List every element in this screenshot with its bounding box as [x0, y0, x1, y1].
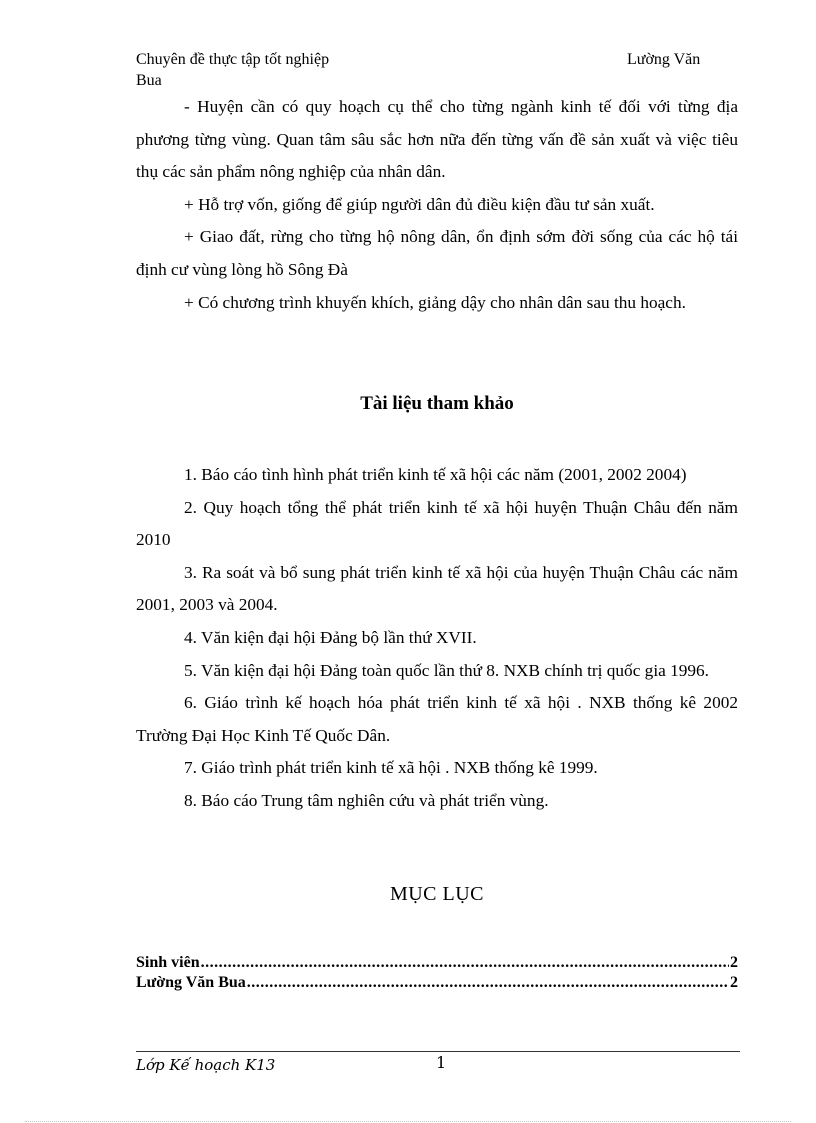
intro-paragraph: + Giao đất, rừng cho từng hộ nông dân, ổ…	[136, 221, 738, 286]
toc-heading: MỤC LỤC	[136, 882, 738, 906]
header-title: Chuyên đề thực tập tốt nghiệp	[136, 50, 329, 70]
reference-item: 3. Ra soát và bổ sung phát triển kinh tế…	[136, 557, 738, 622]
intro-paragraph: + Hỗ trợ vốn, giống để giúp người dân đủ…	[136, 189, 738, 222]
reference-item: 1. Báo cáo tình hình phát triển kinh tế …	[136, 459, 738, 492]
toc-entry[interactable]: Sinh viên 2	[136, 953, 738, 973]
toc-leader-dots	[201, 953, 729, 973]
intro-section: - Huyện cần có quy hoạch cụ thể cho từng…	[136, 91, 738, 319]
toc-entry-label: Sinh viên	[136, 953, 200, 973]
reference-item: 2. Quy hoạch tổng thể phát triển kinh tế…	[136, 492, 738, 557]
references-list: 1. Báo cáo tình hình phát triển kinh tế …	[136, 459, 738, 818]
footer-class-name: Lớp Kế hoạch K13	[136, 1055, 275, 1075]
reference-item: 8. Báo cáo Trung tâm nghiên cứu và phát …	[136, 785, 738, 818]
toc-entry-page: 2	[730, 953, 738, 973]
reference-item: 5. Văn kiện đại hội Đảng toàn quốc lần t…	[136, 655, 738, 688]
toc-entry-label: Lường Văn Bua	[136, 973, 246, 993]
toc-leader-dots	[247, 973, 729, 993]
toc-entry[interactable]: Lường Văn Bua 2	[136, 973, 738, 993]
document-page: Chuyên đề thực tập tốt nghiệp Lường Văn …	[0, 0, 816, 1123]
page-number: 1	[436, 1053, 446, 1073]
header-author-wrap: Bua	[136, 71, 162, 91]
header-author: Lường Văn	[627, 50, 700, 70]
table-of-contents: Sinh viên 2 Lường Văn Bua 2	[136, 953, 738, 993]
toc-entry-page: 2	[730, 973, 738, 993]
intro-paragraph: + Có chương trình khuyến khích, giảng dậ…	[136, 287, 738, 320]
references-heading: Tài liệu tham khảo	[136, 392, 738, 416]
intro-paragraph: - Huyện cần có quy hoạch cụ thể cho từng…	[136, 91, 738, 189]
footer-divider	[136, 1051, 740, 1052]
page-boundary-divider	[25, 1121, 791, 1122]
reference-item: 6. Giáo trình kế hoạch hóa phát triển ki…	[136, 687, 738, 752]
reference-item: 7. Giáo trình phát triển kinh tế xã hội …	[136, 752, 738, 785]
reference-item: 4. Văn kiện đại hội Đảng bộ lần thứ XVII…	[136, 622, 738, 655]
